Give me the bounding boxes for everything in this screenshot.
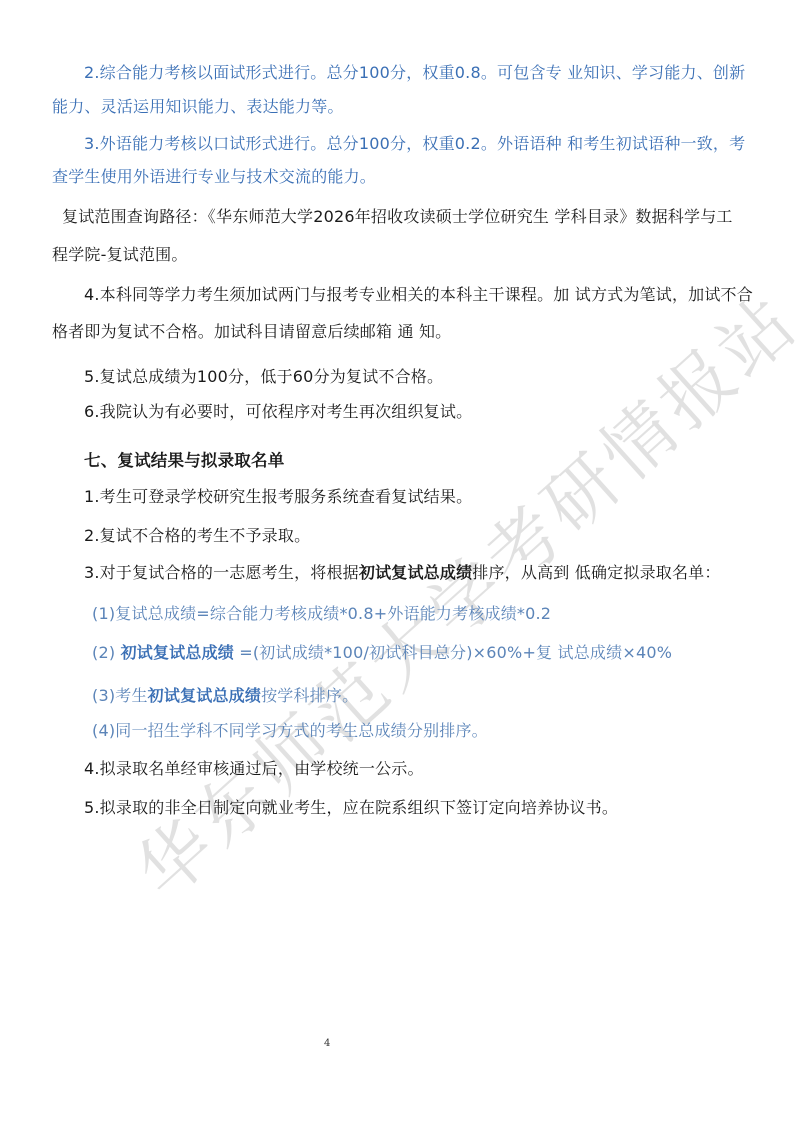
paragraph-4-line-2: 格者即为复试不合格。加试科目请留意后续邮箱 通 知。 bbox=[52, 322, 451, 342]
page-number: 4 bbox=[324, 1038, 330, 1049]
paragraph-6: 6.我院认为有必要时，可依程序对考生再次组织复试。 bbox=[84, 402, 472, 422]
paragraph-3-line-1: 3.外语能力考核以口试形式进行。总分100分，权重0.2。外语语种 和考生初试语… bbox=[84, 134, 745, 154]
formula-2-expression: =(初试成绩*100/初试科目总分)×60%+复 试总成绩×40% bbox=[234, 643, 672, 662]
formula-2-label: (2) bbox=[92, 643, 121, 662]
formula-3-pre: (3)考生 bbox=[92, 686, 148, 705]
paragraph-3-line-2: 查学生使用外语进行专业与技术交流的能力。 bbox=[52, 167, 376, 187]
scope-path-line-2: 程学院-复试范围。 bbox=[52, 245, 188, 265]
document-page: 华东师范大学考研情报站 2.综合能力考核以面试形式进行。总分100分，权重0.8… bbox=[0, 0, 800, 1132]
section-7-item-3: 3.对于复试合格的一志愿考生，将根据初试复试总成绩排序，从高到 低确定拟录取名单… bbox=[84, 563, 721, 583]
scope-path-line-1: 复试范围查询路径：《华东师范大学2026年招收攻读硕士学位研究生 学科目录》数据… bbox=[62, 207, 733, 227]
item-3-text-pre: 3.对于复试合格的一志愿考生，将根据 bbox=[84, 563, 359, 582]
item-3-text-bold: 初试复试总成绩 bbox=[359, 563, 472, 582]
formula-1: (1)复试总成绩=综合能力考核成绩*0.8+外语能力考核成绩*0.2 bbox=[92, 604, 551, 624]
formula-4: (4)同一招生学科不同学习方式的考生总成绩分别排序。 bbox=[92, 721, 488, 741]
watermark: 华东师范大学考研情报站 bbox=[110, 266, 800, 917]
formula-3-bold: 初试复试总成绩 bbox=[148, 686, 261, 705]
paragraph-2-line-1: 2.综合能力考核以面试形式进行。总分100分，权重0.8。可包含专 业知识、学习… bbox=[84, 63, 745, 83]
paragraph-4-line-1: 4.本科同等学力考生须加试两门与报考专业相关的本科主干课程。加 试方式为笔试，加… bbox=[84, 285, 753, 305]
section-7-item-2: 2.复试不合格的考生不予录取。 bbox=[84, 526, 310, 546]
section-7-item-5: 5.拟录取的非全日制定向就业考生，应在院系组织下签订定向培养协议书。 bbox=[84, 798, 618, 818]
section-7-heading: 七、复试结果与拟录取名单 bbox=[84, 451, 284, 471]
formula-2: (2) 初试复试总成绩 =(初试成绩*100/初试科目总分)×60%+复 试总成… bbox=[92, 643, 672, 663]
formula-2-bold: 初试复试总成绩 bbox=[121, 643, 234, 662]
paragraph-2-line-2: 能力、灵活运用知识能力、表达能力等。 bbox=[52, 97, 344, 117]
item-3-text-post: 排序，从高到 低确定拟录取名单： bbox=[472, 563, 720, 582]
section-7-item-1: 1.考生可登录学校研究生报考服务系统查看复试结果。 bbox=[84, 487, 472, 507]
paragraph-5: 5.复试总成绩为100分，低于60分为复试不合格。 bbox=[84, 367, 443, 387]
formula-3-post: 按学科排序。 bbox=[261, 686, 358, 705]
section-7-item-4: 4.拟录取名单经审核通过后，由学校统一公示。 bbox=[84, 759, 424, 779]
formula-3: (3)考生初试复试总成绩按学科排序。 bbox=[92, 686, 358, 706]
